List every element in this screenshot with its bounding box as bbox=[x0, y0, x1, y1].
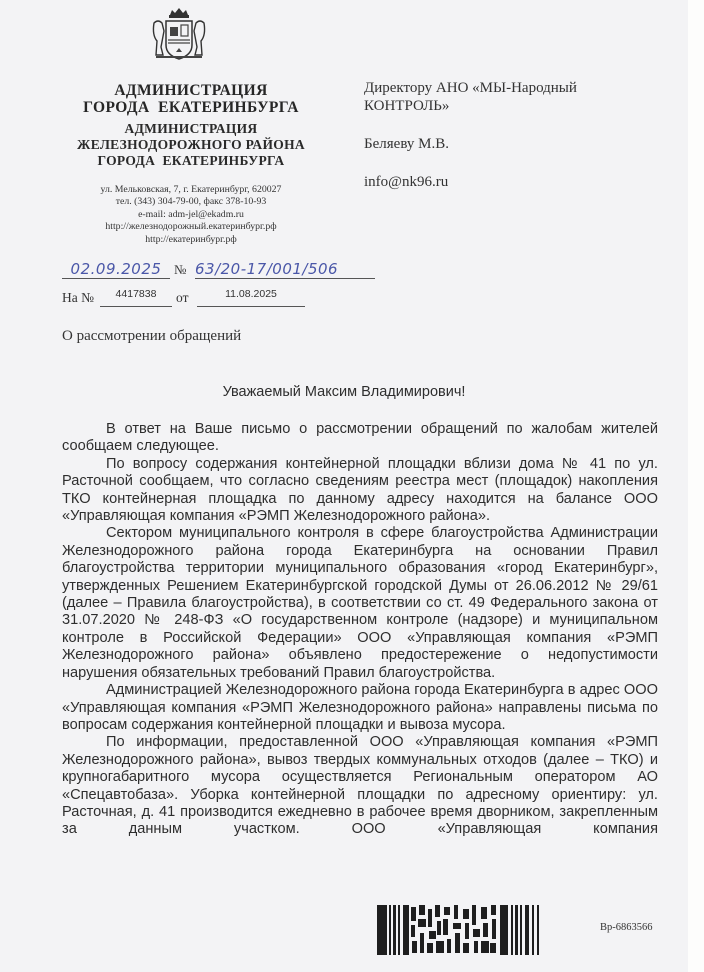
paragraph: Сектором муниципального контроля в сфере… bbox=[62, 525, 658, 682]
sender-contacts: ул. Мельковская, 7, г. Екатеринбург, 620… bbox=[60, 184, 322, 246]
paragraph: По вопросу содержания контейнерной площа… bbox=[62, 456, 658, 526]
org-sub-line2: ЖЕЛЕЗНОДОРОЖНОГО РАЙОНА bbox=[60, 137, 322, 153]
sender-address: ул. Мельковская, 7, г. Екатеринбург, 620… bbox=[60, 184, 322, 196]
outgoing-date: 02.09.2025 bbox=[62, 260, 170, 279]
org-sub-line3: ГОРОДА ЕКАТЕРИНБУРГА bbox=[60, 153, 322, 169]
sender-phone: тел. (343) 304-79-00, факс 378-10-93 bbox=[60, 196, 322, 208]
reply-date: 11.08.2025 bbox=[197, 288, 305, 307]
document-id: Вр-6863566 bbox=[600, 922, 653, 933]
sender-email: e-mail: adm-jel@ekadm.ru bbox=[60, 209, 322, 221]
recipient-name: Беляеву М.В. bbox=[364, 135, 644, 153]
recipient-line2: КОНТРОЛЬ» bbox=[364, 97, 644, 115]
barcode-icon bbox=[377, 905, 542, 955]
org-sub-line1: АДМИНИСТРАЦИЯ bbox=[60, 121, 322, 137]
paragraph: Администрацией Железнодорожного района г… bbox=[62, 682, 658, 734]
org-main-line2: ГОРОДА ЕКАТЕРИНБУРГА bbox=[60, 99, 322, 116]
coat-of-arms-icon bbox=[148, 7, 210, 63]
paragraph: По информации, предоставленной ООО «Упра… bbox=[62, 734, 658, 838]
reply-number-label: На № bbox=[62, 290, 94, 306]
reply-number: 4417838 bbox=[100, 288, 172, 307]
letter-subject: О рассмотрении обращений bbox=[62, 328, 241, 345]
scan-edge bbox=[688, 0, 704, 972]
reply-reference: На № 4417838 от 11.08.2025 bbox=[62, 288, 322, 308]
recipient-email: info@nk96.ru bbox=[364, 173, 644, 191]
recipient-line1: Директору АНО «МЫ-Народный bbox=[364, 79, 644, 97]
sender-site-city: http://екатеринбург.рф bbox=[60, 234, 322, 246]
outgoing-number: 63/20-17/001/506 bbox=[195, 260, 375, 279]
org-main-line1: АДМИНИСТРАЦИЯ bbox=[60, 82, 322, 99]
outgoing-registration: 02.09.2025 № 63/20-17/001/506 bbox=[62, 260, 362, 282]
letter-body: В ответ на Ваше письмо о рассмотрении об… bbox=[62, 421, 658, 839]
reply-date-label: от bbox=[176, 290, 188, 306]
salutation: Уважаемый Максим Владимирович! bbox=[0, 384, 688, 400]
sender-block: АДМИНИСТРАЦИЯ ГОРОДА ЕКАТЕРИНБУРГА АДМИН… bbox=[60, 82, 322, 246]
recipient-block: Директору АНО «МЫ-Народный КОНТРОЛЬ» Бел… bbox=[364, 79, 644, 191]
number-label: № bbox=[174, 262, 186, 278]
sender-site-district: http://железнодорожный.екатеринбург.рф bbox=[60, 221, 322, 233]
paragraph: В ответ на Ваше письмо о рассмотрении об… bbox=[62, 421, 658, 456]
